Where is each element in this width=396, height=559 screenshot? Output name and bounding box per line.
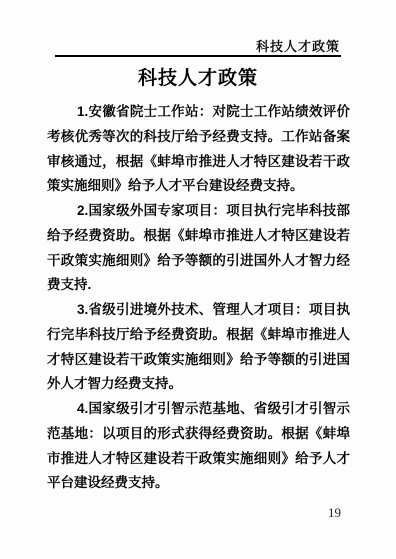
text-line: 行完毕科技厅给予经费资助。根据《蚌埠市推进人 <box>47 323 350 348</box>
text-line: 费支持. <box>47 273 350 298</box>
text-line: 2.国家级外国专家项目：项目执行完毕科技部 <box>47 199 350 224</box>
text-line: 考核优秀等次的科技厅给予经费支持。工作站备案 <box>47 125 350 150</box>
text-line: 市推进人才特区建设若干政策实施细则》给予人才 <box>47 447 350 472</box>
paragraph-4: 4.国家级引才引智示范基地、省级引才引智示 范基地：以项目的形式获得经费资助。根… <box>47 397 350 496</box>
paragraph-2: 2.国家级外国专家项目：项目执行完毕科技部 给予经费资助。根据《蚌埠市推进人才特… <box>47 199 350 298</box>
text-line: 外人才智力经费支持。 <box>47 372 350 397</box>
header-rule <box>55 55 341 57</box>
text-line: 审核通过，根据《蚌埠市推进人才特区建设若干政 <box>47 150 350 175</box>
paragraph-3: 3.省级引进境外技术、管理人才项目：项目执 行完毕科技厅给予经费资助。根据《蚌埠… <box>47 298 350 397</box>
document-page: 科技人才政策 科技人才政策 1.安徽省院士工作站：对院士工作站绩效评价 考核优秀… <box>0 0 396 559</box>
page-title: 科技人才政策 <box>0 63 396 90</box>
text-line: 策实施细则》给予人才平台建设经费支持。 <box>47 174 350 199</box>
text-line: 4.国家级引才引智示范基地、省级引才引智示 <box>47 397 350 422</box>
paragraph-1: 1.安徽省院士工作站：对院士工作站绩效评价 考核优秀等次的科技厅给予经费支持。工… <box>47 100 350 199</box>
running-header: 科技人才政策 <box>0 36 340 55</box>
page-number: 19 <box>328 505 341 521</box>
text-line: 范基地：以项目的形式获得经费资助。根据《蚌埠 <box>47 422 350 447</box>
text-line: 3.省级引进境外技术、管理人才项目：项目执 <box>47 298 350 323</box>
text-line: 平台建设经费支持。 <box>47 471 350 496</box>
text-line: 1.安徽省院士工作站：对院士工作站绩效评价 <box>47 100 350 125</box>
text-line: 才特区建设若干政策实施细则》给予等额的引进国 <box>47 348 350 373</box>
text-line: 干政策实施细则》给予等额的引进国外人才智力经 <box>47 249 350 274</box>
text-line: 给予经费资助。根据《蚌埠市推进人才特区建设若 <box>47 224 350 249</box>
document-body: 1.安徽省院士工作站：对院士工作站绩效评价 考核优秀等次的科技厅给予经费支持。工… <box>47 100 350 496</box>
